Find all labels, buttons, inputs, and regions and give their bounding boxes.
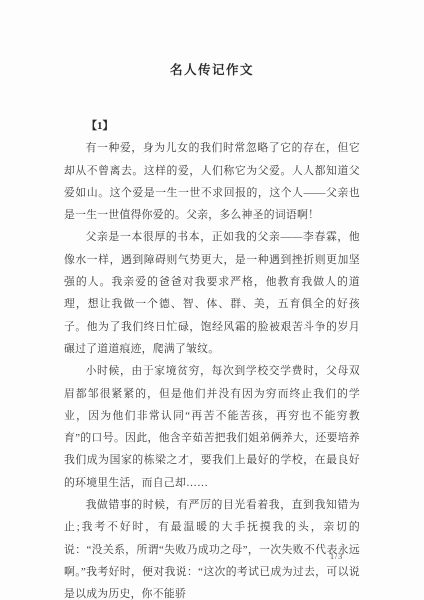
paragraph: 有一种爱，身为儿女的我们时常忽略了它的存在，但它却从不曾离去。这样的爱，人们称它… bbox=[64, 137, 360, 226]
page-indicator: 1/3 bbox=[330, 552, 343, 561]
page-title: 名人传记作文 bbox=[0, 60, 424, 78]
document-page: 名人传记作文 【1】 有一种爱，身为儿女的我们时常忽略了它的存在，但它却从不曾离… bbox=[0, 0, 424, 600]
section-marker: 【1】 bbox=[64, 115, 360, 137]
paragraph: 我做错事的时候，有严厉的目光看着我，直到我知错为止;我考不好时，有最温暖的大手抚… bbox=[64, 494, 360, 600]
paragraph: 小时候，由于家境贫穷，每次到学校交学费时，父母双眉都邹很紧紧的，但是他们并没有因… bbox=[64, 360, 360, 494]
document-body: 【1】 有一种爱，身为儿女的我们时常忽略了它的存在，但它却从不曾离去。这样的爱，… bbox=[64, 115, 360, 600]
paragraph: 父亲是一本很厚的书本，正如我的父亲——李春霖，他像水一样，遇到障碍则气势更大，是… bbox=[64, 226, 360, 360]
